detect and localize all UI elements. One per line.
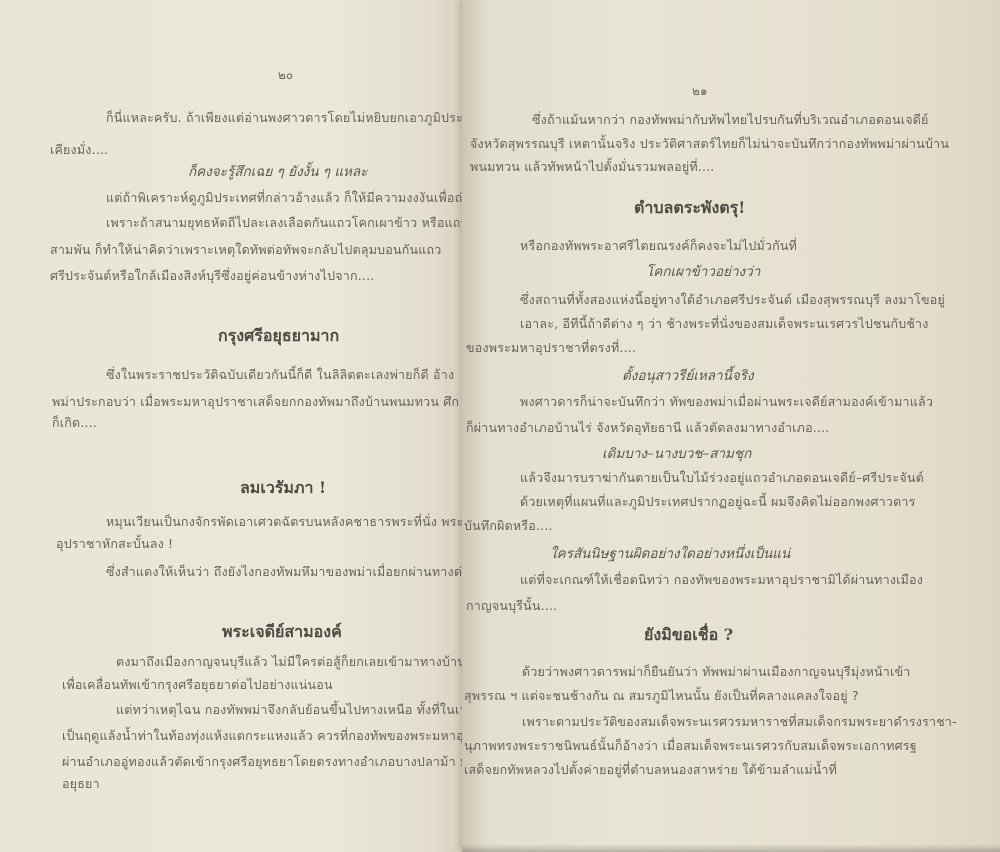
body-text-line: แต่ที่จะเกณฑ์ให้เชื่อตนิทว่า กองทัพของพร… <box>520 570 923 590</box>
body-text-line: ด้วยเหตุที่แผนที่และภูมิประเทศปรากฏอยู่ฉ… <box>520 492 916 512</box>
right-page: ๒๑ ซึ่งถ้าแม้นหากว่า กองทัพพม่ากับทัพไทย… <box>462 0 1000 852</box>
body-text-line: ซึ่งสถานที่ทั้งสองแห่งนี้อยู่ทางใต้อำเภอ… <box>520 290 945 310</box>
section-heading: พระเจดีย์สามองค์ <box>222 620 342 645</box>
body-text-line: กาญจนบุรีนั้น.... <box>466 596 557 616</box>
section-subheading: เดิมบาง–นางบวช–สามชุก <box>602 442 751 464</box>
body-text-line: จังหวัดสุพรรณบุรี เหตานั้นจริง ประวัติศา… <box>470 134 949 154</box>
body-text-line: พม่าประกอบว่า เมื่อพระมหาอุปราชาเสด็จยกก… <box>52 392 459 412</box>
section-subheading: ตั้งอนุสาวรีย์เหลานี้จริง <box>622 364 754 386</box>
body-text-line: เพราะตามประวัติของสมเด็จพระนเรศวรมหาราชท… <box>522 712 957 732</box>
body-text-line: ตงมาถึงเมืองกาญจนบุรีแล้ว ไม่มีใครต่อสู้… <box>116 652 466 672</box>
body-text-line: หรือกองทัพพระอาศรีไตยณรงค์ก็คงจะไม่ไปมั่… <box>520 236 797 256</box>
body-text-line: บันทึกผิดหรือ.... <box>464 516 553 536</box>
body-text-line: พนมทวน แล้วทัพหน้าไปตั้งมั่นรวมพลอยู่ที่… <box>470 157 715 177</box>
body-text-line: เอาละ, อีทีนี้ถ้าดีต่าง ๆ ว่า ช้างพระที่… <box>520 314 929 334</box>
body-text-line: เพราะถ้าสนามยุทธหัตถีไปละเลงเลือดกันแถวโ… <box>106 213 468 233</box>
body-text-line: ของพระมหาอุปราชาที่ตรงที่.... <box>466 338 636 358</box>
section-heading: ลมเวรัมภา ! <box>240 476 326 501</box>
body-text-line: ก็เกิด.... <box>52 413 97 433</box>
body-text-line: ก็ผ่านทางอำเภอบ้านไร่ จังหวัดอุทัยธานี แ… <box>466 418 829 438</box>
page-number: ๒๐ <box>278 66 293 85</box>
body-text-line: นุภาพทรงพระราชนิพนธ์นั้นก็อ้างว่า เมื่อส… <box>464 736 917 756</box>
body-text-line: ซึ่งสำแดงให้เห็นว่า ถึงยังไงกองทัพมหึมาข… <box>106 562 470 582</box>
body-text-line: สุพรรณ ฯ แต่จะชนช้างกัน ณ สมรภูมิไหนนั้น… <box>464 686 859 706</box>
open-book-spread: ๒๐ ก็นี่แหละครับ. ถ้าเพียงแต่อ่านพงศาวดา… <box>0 0 1000 852</box>
body-text-line: แต่ถ้าพิเคราะห์ดูภูมิประเทศที่กล่าวอ้างแ… <box>106 188 470 208</box>
body-text-line: ก็นี่แหละครับ. ถ้าเพียงแต่อ่านพงศาวดารโด… <box>106 108 470 128</box>
body-text-line: ด้วยว่าพงศาวดารพม่าก็ยืนยันว่า ทัพพม่าผ่… <box>522 662 910 682</box>
body-text-line: ซึ่งถ้าแม้นหากว่า กองทัพพม่ากับทัพไทยไปร… <box>532 110 929 130</box>
section-subheading: โคกเผาข้าวอย่างว่า <box>646 260 760 282</box>
body-text-line: สามพัน ก็ทำให้น่าคิดว่าเพราะเหตุใดทัพต่อ… <box>50 240 441 260</box>
body-text-line: ซึ่งในพระราชประวัติฉบับเดียวกันนี้ก็ดี ใ… <box>106 365 454 385</box>
page-number: ๒๑ <box>692 82 708 101</box>
body-text-line: อยุธยา <box>62 774 100 794</box>
section-heading: ตำบลตระพังตรุ! <box>634 196 745 221</box>
body-text-line: หมุนเวียนเป็นกงจักรพัดเอาเศวตฉัตรบนหลังค… <box>106 512 464 532</box>
body-text-line: เสด็จยกทัพหลวงไปตั้งค่ายอยู่ที่ตำบลหนองส… <box>464 760 837 780</box>
body-text-line: แล้วจึงมารบราฆ่ากันตายเป็นใบไม้ร่วงอยู่แ… <box>520 468 924 488</box>
section-subheading: ใครสันนิษฐานผิดอย่างใดอย่างหนึ่งเป็นแน่ <box>550 542 790 564</box>
section-subheading: ก็คงจะรู้สึกเฉย ๆ ยังงั้น ๆ แหละ <box>188 160 367 182</box>
body-text-line: ผ่านอำเภออู่ทองแล้วตัดเข้ากรุงศรีอยุทธยา… <box>62 752 470 772</box>
section-heading: ยังมิขอเชื่อ ? <box>644 623 733 648</box>
body-text-line: เป็นฤดูแล้งน้ำท่าในท้องทุ่งแห้งแตกระแหงแ… <box>62 726 470 746</box>
section-heading: กรุงศรีอยุธยามาก <box>218 324 339 349</box>
left-page: ๒๐ ก็นี่แหละครับ. ถ้าเพียงแต่อ่านพงศาวดา… <box>0 0 470 852</box>
body-text-line: เพื่อเคลื่อนทัพเข้ากรุงศรีอยุธยาต่อไปอย่… <box>62 675 333 695</box>
body-text-line: ศรีประจันต์หรือใกล้เมืองสิงห์บุรีซึ่งอยู… <box>50 266 374 286</box>
body-text-line: พงศาวดารก็น่าจะบันทึกว่า ทัพของพม่าเมื่อ… <box>520 392 933 412</box>
body-text-line: เคียงมั่ง.... <box>50 140 108 160</box>
body-text-line: แต่ทว่าเหตุไฉน กองทัพพม่าจึงกลับย้อนขึ้น… <box>116 700 470 720</box>
body-text-line: อุปราชาหักสะบั้นลง ! <box>56 534 173 554</box>
